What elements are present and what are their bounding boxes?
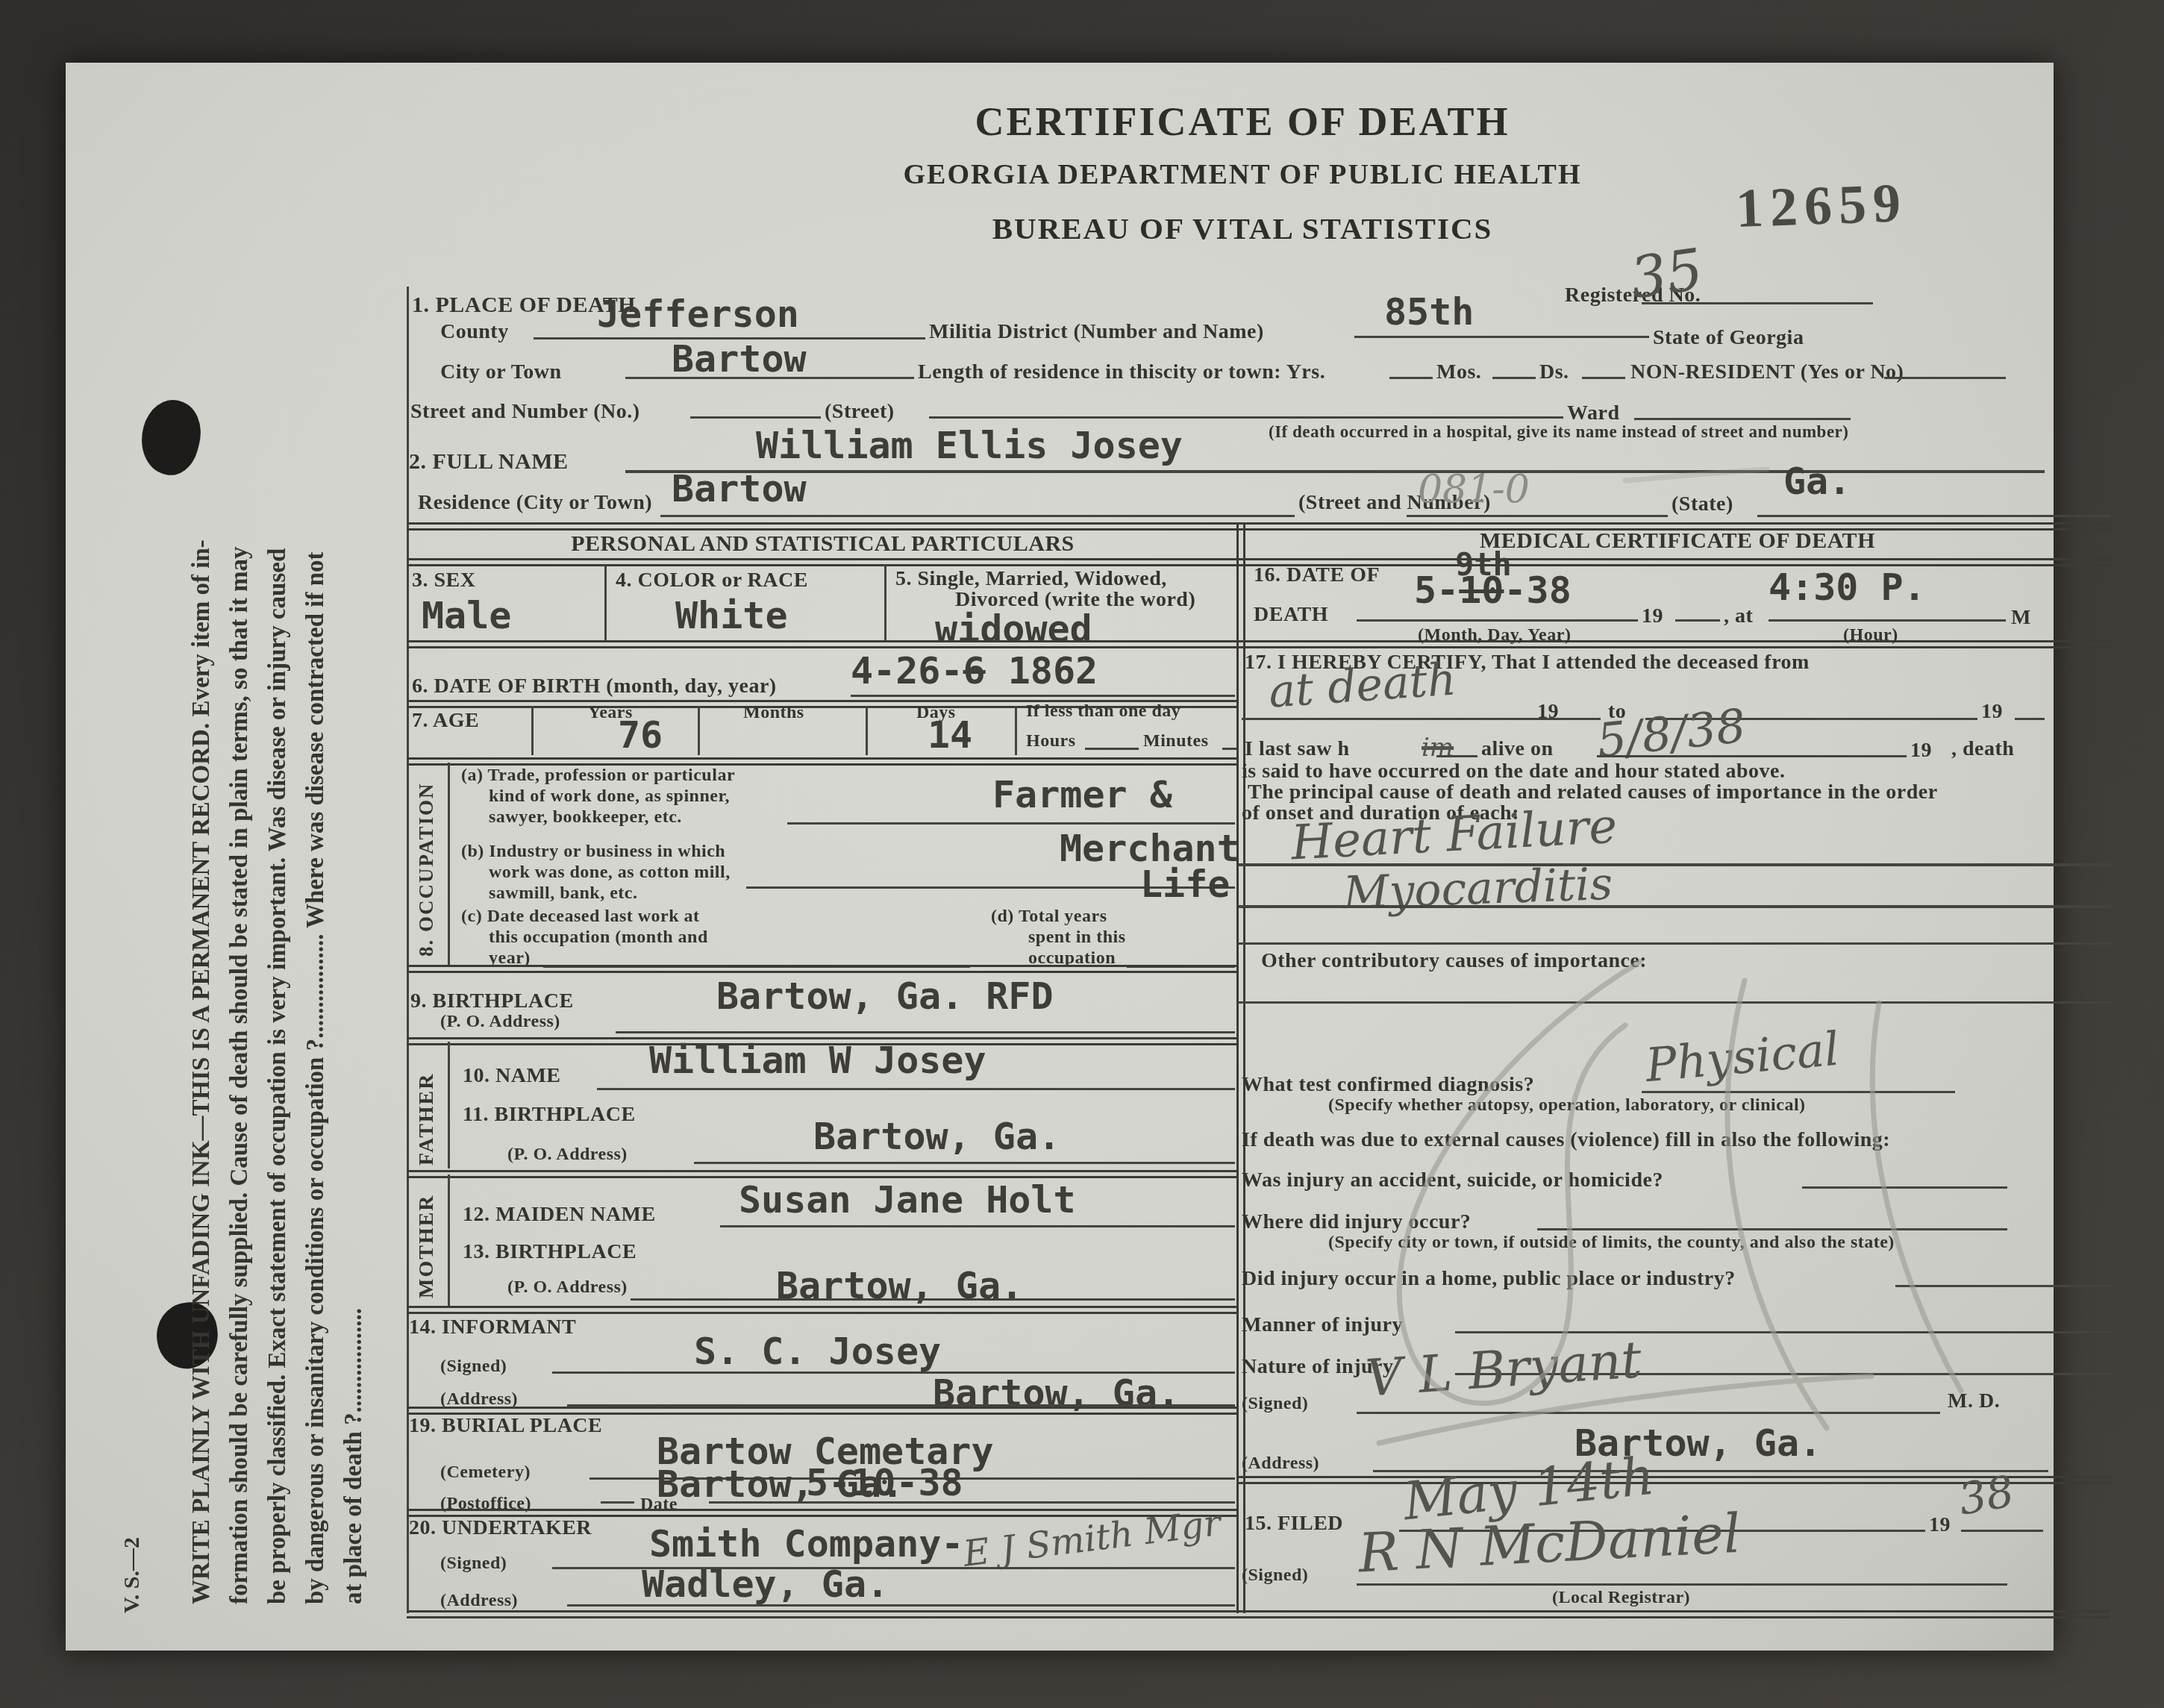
residence-state-label: (State) [1672,492,1733,516]
registrar-signed-label: (Signed) [1242,1565,1308,1586]
fill-line [2015,718,2045,720]
informant-signed-value: S. C. Josey [694,1330,941,1373]
cell-divider [448,1042,450,1169]
informant-signed-label: (Signed) [440,1357,507,1377]
physician-signature: V L Bryant [1364,1330,1644,1409]
dod-hour-label: (Hour) [1843,625,1898,645]
birthplace-label: 9. BIRTHPLACE [410,989,574,1013]
residence-value: Bartow [672,467,807,510]
cell-divider [698,706,700,755]
date-of-death-label: 16. DATE OF [1254,563,1380,587]
occupation-a-label-3: sawyer, bookkeeper, etc. [489,807,682,828]
fill-line [1537,1228,2007,1230]
occupation-vertical-label: 8. OCCUPATION [415,783,438,957]
undertaker-address-label: (Address) [440,1591,518,1611]
margin-instructions-line: at place of death ?................. [335,123,373,1604]
burial-place-label: 19. BURIAL PLACE [409,1414,602,1438]
certificate-title: CERTIFICATE OF DEATH [869,98,1616,145]
mother-birthplace-label: 13. BIRTHPLACE [463,1240,637,1264]
dob-value-year: 1862 [986,649,1098,692]
fill-line [1769,619,2006,622]
registered-no-value: 35 [1626,236,1707,312]
certify-19a-label: 19 [1537,700,1559,724]
race-label: 4. COLOR or RACE [616,569,808,592]
cell-divider [866,706,868,755]
fill-line [787,822,1235,825]
fill-line [597,1088,1235,1090]
fill-line [690,416,821,419]
fill-line [1239,905,2112,908]
occupation-a-label-2: kind of work done, as spinner, [489,786,730,807]
where-injury-label: Where did injury occur? [1242,1210,1471,1234]
father-birthplace-label: 11. BIRTHPLACE [463,1103,636,1127]
birthplace-sub-label: (P. O. Address) [440,1012,560,1032]
fill-line [567,1604,1235,1607]
dod-post: -38 [1504,569,1571,612]
occupation-d-label-2: spent in this [1028,927,1126,948]
fill-line [1455,1331,2112,1333]
filed-19-label: 19 [1929,1513,1951,1537]
occupation-b-label: (b) Industry or business in which [461,842,725,862]
father-birthplace-value: Bartow, Ga. [813,1115,1060,1158]
test-value: Physical [1643,1022,1841,1092]
contributory-label: Other contributory causes of importance: [1261,949,1647,973]
father-vertical-label: FATHER [415,1072,439,1166]
form-code: V. S.—2 [119,1537,145,1613]
fill-line [1357,1412,1940,1414]
occupation-c-label: (c) Date deceased last work at [461,907,700,927]
margin-instructions-line: WRITE PLAINLY WITH UNFADING INK—THIS IS … [183,123,221,1604]
alive-on-label: alive on [1481,737,1554,761]
fill-line [1675,619,1720,622]
mother-vertical-label: MOTHER [415,1194,439,1298]
certificate-number-stamp: 12659 [1735,172,1909,241]
row-divider-rule [407,965,1239,973]
manner-of-injury-label: Manner of injury [1242,1313,1403,1337]
local-registrar-label: (Local Registrar) [1552,1588,1690,1608]
undertaker-label: 20. UNDERTAKER [409,1516,592,1540]
dod-m-label: M [2011,606,2031,630]
bureau-title: BUREAU OF VITAL STATISTICS [869,210,1616,246]
burial-cemetery-label: (Cemetery) [440,1463,531,1483]
last-saw-struck: im [1422,733,1454,763]
residence-length-label: Length of residence in thiscity or town:… [918,360,1325,384]
dob-value-pre: 4-26- [851,649,963,692]
fill-line [1357,1583,2007,1586]
occupation-c-label-2: this occupation (month and [489,927,708,948]
fill-line [1884,377,2006,379]
department-title: GEORGIA DEPARTMENT OF PUBLIC HEALTH [869,158,1616,191]
cell-divider [884,564,886,640]
city-label: City or Town [440,360,562,384]
cause-of-death-2: Myocarditis [1342,858,1613,920]
birthplace-value: Bartow, Ga. RFD [716,975,1054,1018]
race-value: White [675,594,788,637]
fill-line [1634,418,1851,420]
mother-birthplace-sub-label: (P. O. Address) [507,1277,628,1298]
dob-value-struck: 6 [963,649,986,692]
residence-street-value: 081-0 [1418,467,1530,512]
age-minutes-label: Minutes [1143,731,1209,751]
fill-line [929,416,1563,419]
fill-line [1895,1285,2112,1287]
mother-birthplace-value: Bartow, Ga. [776,1264,1023,1307]
occupation-d-label: (d) Total years [991,907,1107,927]
fill-line [660,515,1295,517]
fill-line [1492,377,1536,379]
dod-struck: 10 [1459,569,1504,612]
fill-line [1642,1091,1955,1093]
cell-divider [604,564,607,640]
date-of-death-value: 5-10-38 [1414,569,1572,612]
age-less-than-day-label: If less than one day [1026,701,1180,722]
certify-19b-label: 19 [1981,700,2003,724]
occupation-b-value-2: Life [1140,863,1230,906]
dod-pre: 5- [1414,569,1459,612]
margin-instructions: WRITE PLAINLY WITH UNFADING INK—THIS IS … [183,123,373,1604]
physician-address-label: (Address) [1242,1454,1319,1474]
occupation-a-value: Farmer & [992,773,1172,816]
father-name-label: 10. NAME [463,1064,561,1088]
row-divider-rule [407,1306,1239,1314]
filed-year-value: 38 [1955,1465,2018,1525]
date-of-death-label-2: DEATH [1254,603,1328,627]
mother-maiden-value: Susan Jane Holt [739,1178,1076,1221]
fill-line [1239,1001,2112,1004]
fill-line [720,1225,1235,1227]
medical-section-header: MEDICAL CERTIFICATE OF DEATH [1241,528,2114,554]
hospital-note: (If death occurred in a hospital, give i… [1269,422,1848,442]
test-label: What test confirmed diagnosis? [1242,1073,1534,1097]
full-name-label: 2. FULL NAME [409,449,569,475]
scanned-death-certificate: { "header": { "title": "CERTIFICATE OF D… [0,0,2164,1708]
days-label: Ds. [1539,360,1569,384]
fill-line [1961,1530,2043,1532]
fill-line [1354,336,1649,338]
nonresident-label: NON-RESIDENT (Yes or No) [1630,360,1904,384]
fill-line [1085,748,1139,750]
sex-label: 3. SEX [412,569,475,592]
street-number-label: Street and Number (No.) [410,400,640,424]
fill-line [1597,755,1907,757]
full-name-value: William Ellis Josey [756,424,1183,467]
occupation-b-label-3: sawmill, bank, etc. [489,883,638,904]
undertaker-value: Smith Company- [649,1522,963,1565]
last-saw-label: I last saw h [1245,737,1350,761]
where-injury-sub-label: (Specify city or town, if outside of lim… [1328,1233,1895,1253]
fill-line [851,695,1235,697]
row-divider-rule [407,1170,1239,1178]
fill-line [709,1501,1235,1504]
dod-19-label: 19 [1642,604,1663,628]
residence-state-value: Ga. [1783,460,1851,503]
militia-district-value: 85th [1384,290,1474,334]
father-birthplace-sub-label: (P. O. Address) [507,1145,628,1165]
fill-line [601,1501,634,1504]
fill-line [631,1298,1235,1301]
dob-value: 4-26-6 1862 [851,649,1098,692]
age-months-label: Months [743,703,804,723]
fill-line [694,1162,1235,1164]
death-word-label: , death [1951,737,2014,761]
county-value: Jefferson [597,293,799,336]
age-days-value: 14 [928,713,972,757]
fill-line [1642,302,1873,304]
fill-line [1357,619,1638,622]
street-paren-label: (Street) [825,400,895,424]
dod-at-label: , at [1724,604,1753,628]
margin-instructions-line: by dangerous or insanitary conditions or… [297,123,335,1604]
fill-line [1436,755,1477,757]
margin-instructions-line: be properly classified. Exact statement … [259,123,297,1604]
home-injury-label: Did injury occur in a home, public place… [1242,1267,1736,1291]
fill-line [625,377,914,379]
undertaker-address-value: Wadley, Ga. [642,1562,889,1606]
informant-label: 14. INFORMANT [409,1316,576,1339]
sex-value: Male [422,594,511,637]
militia-district-label: Militia District (Number and Name) [929,320,1264,344]
margin-instructions-line: formation should be carefully supplied. … [221,123,259,1604]
city-value: Bartow [672,337,807,381]
fill-line [1757,515,2110,517]
external-causes-label: If death was due to external causes (vio… [1242,1128,1890,1152]
occupation-a-label: (a) Trade, profession or particular [461,766,735,786]
dob-label: 6. DATE OF BIRTH (month, day, year) [412,675,777,698]
burial-date-value: 5-10-38 [806,1461,963,1504]
residence-label: Residence (City or Town) [418,491,652,515]
father-name-value: William W Josey [649,1039,986,1082]
hour-of-death-value: 4:30 P. [1769,566,1926,609]
months-label: Mos. [1436,360,1481,384]
fill-line [1802,1186,2007,1189]
certificate-paper: WRITE PLAINLY WITH UNFADING INK—THIS IS … [66,63,2054,1651]
accident-label: Was injury an accident, suicide, or homi… [1242,1169,1663,1192]
filed-label: 15. FILED [1245,1512,1343,1536]
fill-line [1222,748,1237,750]
md-label: M. D. [1948,1389,2000,1413]
occupation-b-label-2: work was done, as cotton mill, [489,863,731,883]
state-of-georgia-label: State of Georgia [1653,326,1804,350]
cell-divider [1015,706,1017,755]
cell-divider [531,706,534,755]
certify-19c-label: 19 [1910,739,1932,763]
cell-divider [448,763,450,965]
dod-mdy-label: (Month, Day, Year) [1418,625,1571,645]
county-label: County [440,320,509,344]
column-divider [1236,522,1245,1613]
age-label: 7. AGE [412,709,479,733]
age-hours-label: Hours [1026,731,1076,751]
undertaker-signed-label: (Signed) [440,1554,507,1574]
cell-divider [448,1174,450,1306]
row-divider-rule [407,757,1239,766]
fill-line [1239,942,2112,945]
physician-signed-label: (Signed) [1242,1394,1308,1414]
fill-line [1582,377,1625,379]
age-years-value: 76 [618,713,663,757]
form-bottom-rule [407,1610,2110,1618]
fill-line [616,1031,1235,1033]
personal-section-header: PERSONAL AND STATISTICAL PARTICULARS [407,531,1239,557]
mother-maiden-label: 12. MAIDEN NAME [463,1203,656,1227]
test-sub-label: (Specify whether autopsy, operation, lab… [1328,1095,1806,1116]
fill-line [1407,515,1668,517]
fill-line [1389,377,1433,379]
